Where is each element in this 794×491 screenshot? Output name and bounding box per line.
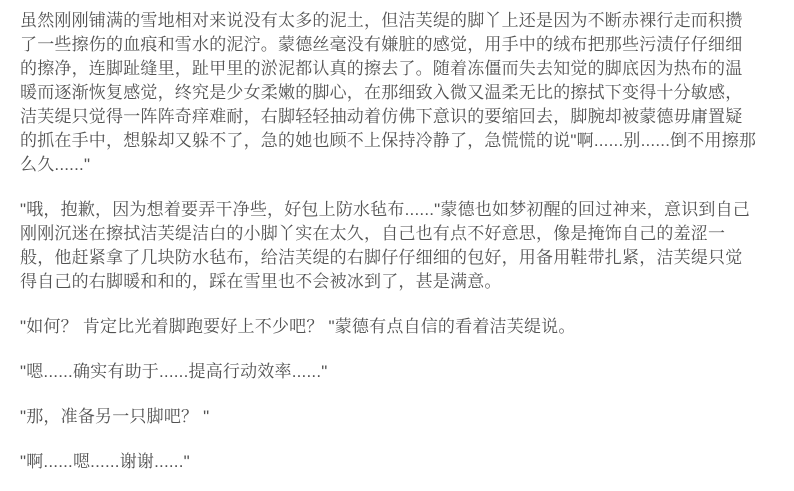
text-line: 刚刚沉迷在擦拭洁芙缇洁白的小脚丫实在太久，自己也有点不好意思，像是掩饰自己的羞涩… [20,222,776,246]
text-line: "哦，抱歉，因为想着要弄干净些，好包上防水毡布......"蒙德也如梦初醒的回过… [20,198,776,222]
text-line: 洁芙缇只觉得一阵阵奇痒难耐，右脚轻轻抽动着仿佛下意识的要缩回去，脚腕却被蒙德毋庸… [20,105,776,129]
story-paragraph: 虽然刚刚铺满的雪地相对来说没有太多的泥土，但洁芙缇的脚丫上还是因为不断赤裸行走而… [20,9,776,177]
text-line: 么久......" [20,153,776,177]
text-line: 般，他赶紧拿了几块防水毡布，给洁芙缇的右脚仔仔细细的包好，用备用鞋带扎紧，洁芙缇… [20,246,776,270]
text-line: "啊......嗯......谢谢......" [20,450,776,474]
story-paragraph: "啊......嗯......谢谢......" [20,450,776,474]
text-line: 暖而逐渐恢复感觉，终究是少女柔嫩的脚心，在那细致入微又温柔无比的擦拭下变得十分敏… [20,81,776,105]
text-line: 得自己的右脚暖和和的，踩在雪里也不会被冰到了，甚是满意。 [20,270,776,294]
document-page: 虽然刚刚铺满的雪地相对来说没有太多的泥土，但洁芙缇的脚丫上还是因为不断赤裸行走而… [0,0,794,491]
text-line: 了一些擦伤的血痕和雪水的泥泞。蒙德丝毫没有嫌脏的感觉，用手中的绒布把那些污渍仔仔… [20,33,776,57]
document-text: 虽然刚刚铺满的雪地相对来说没有太多的泥土，但洁芙缇的脚丫上还是因为不断赤裸行走而… [20,9,776,474]
text-line: 的抓在手中，想躲却又躲不了，急的她也顾不上保持冷静了，急慌慌的说"啊......… [20,129,776,153]
story-paragraph: "嗯......确实有助于......提高行动效率......" [20,360,776,384]
story-paragraph: "哦，抱歉，因为想着要弄干净些，好包上防水毡布......"蒙德也如梦初醒的回过… [20,198,776,294]
text-line: 的擦净，连脚趾缝里，趾甲里的淤泥都认真的擦去了。随着冻僵而失去知觉的脚底因为热布… [20,57,776,81]
text-line: "那，准备另一只脚吧？ " [20,405,776,429]
story-paragraph: "如何？ 肯定比光着脚跑要好上不少吧？ "蒙德有点自信的看着洁芙缇说。 [20,315,776,339]
text-line: "嗯......确实有助于......提高行动效率......" [20,360,776,384]
story-paragraph: "那，准备另一只脚吧？ " [20,405,776,429]
text-line: 虽然刚刚铺满的雪地相对来说没有太多的泥土，但洁芙缇的脚丫上还是因为不断赤裸行走而… [20,9,776,33]
text-line: "如何？ 肯定比光着脚跑要好上不少吧？ "蒙德有点自信的看着洁芙缇说。 [20,315,776,339]
